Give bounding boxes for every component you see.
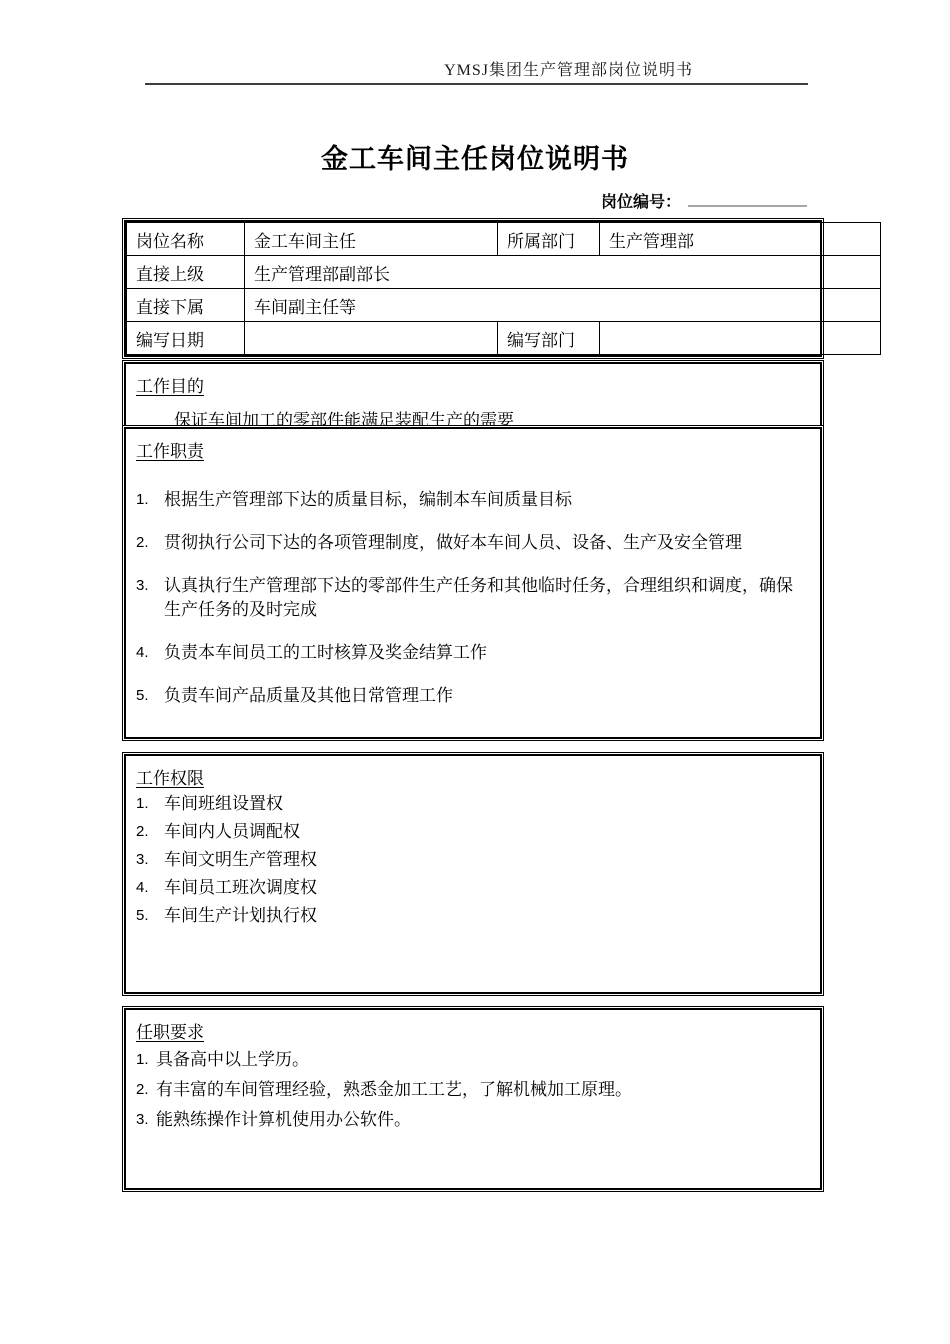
field-label-direct-superior: 直接上级 [127,256,245,289]
section-heading-job-requirements: 任职要求 [136,1018,808,1043]
list-item-text: 车间员工班次调度权 [164,878,317,897]
list-item: 4. 车间员工班次调度权 [136,878,808,897]
info-table: 岗位名称 金工车间主任 所属部门 生产管理部 直接上级 生产管理部副部长 直接下… [126,222,881,355]
list-item-text: 根据生产管理部下达的质量目标，编制本车间质量目标 [164,488,572,512]
list-item: 3. 认真执行生产管理部下达的零部件生产任务和其他临时任务，合理组织和调度，确保… [136,574,808,622]
table-row: 直接上级 生产管理部副部长 [127,256,881,289]
list-item-text: 贯彻执行公司下达的各项管理制度，做好本车间人员、设备、生产及安全管理 [164,531,742,555]
position-code-blank-line [688,191,807,207]
list-item-number: 1. [136,1050,156,1070]
list-item-text: 有丰富的车间管理经验，熟悉金加工工艺，了解机械加工原理。 [156,1080,632,1100]
position-code-row: 岗位编号： [601,189,807,212]
table-row: 编写日期 编写部门 [127,322,881,355]
doc-header-text: YMSJ集团生产管理部岗位说明书 [444,57,693,80]
list-item-number: 2. [136,531,164,555]
list-item: 3. 能熟练操作计算机使用办公软件。 [136,1110,808,1130]
document-page: YMSJ集团生产管理部岗位说明书 金工车间主任岗位说明书 岗位编号： 岗位名称 … [0,0,950,1344]
list-item-text: 车间生产计划执行权 [164,906,317,925]
field-value-direct-subordinates: 车间副主任等 [245,289,881,322]
list-item: 5. 车间生产计划执行权 [136,906,808,925]
list-item: 4. 负责本车间员工的工时核算及奖金结算工作 [136,641,808,665]
field-label-direct-subordinates: 直接下属 [127,289,245,322]
list-item-number: 1. [136,488,164,512]
field-value-direct-superior: 生产管理部副部长 [245,256,881,289]
list-item: 5. 负责车间产品质量及其他日常管理工作 [136,684,808,708]
section-work-authority: 工作权限 1. 车间班组设置权 2. 车间内人员调配权 3. 车 [122,752,824,996]
section-job-requirements: 任职要求 1. 具备高中以上学历。 2. 有丰富的车间管理经验，熟悉金加工工艺，… [122,1006,824,1192]
field-label-written-date: 编写日期 [127,322,245,355]
list-item-number: 5. [136,906,164,925]
list-item-text: 负责车间产品质量及其他日常管理工作 [164,684,453,708]
header-divider [145,83,808,85]
list-item-number: 5. [136,684,164,708]
list-item: 1. 根据生产管理部下达的质量目标，编制本车间质量目标 [136,488,808,512]
table-row: 直接下属 车间副主任等 [127,289,881,322]
section-work-duties: 工作职责 1. 根据生产管理部下达的质量目标，编制本车间质量目标 2. 贯彻执行… [122,425,824,741]
info-table-box: 岗位名称 金工车间主任 所属部门 生产管理部 直接上级 生产管理部副部长 直接下… [122,218,824,359]
list-item-number: 4. [136,641,164,665]
list-item-number: 3. [136,574,164,622]
list-item-text: 负责本车间员工的工时核算及奖金结算工作 [164,641,487,665]
field-value-position-name: 金工车间主任 [245,223,498,256]
doc-title: 金工车间主任岗位说明书 [0,137,950,176]
list-item: 2. 有丰富的车间管理经验，熟悉金加工工艺，了解机械加工原理。 [136,1080,808,1100]
list-item-number: 2. [136,1080,156,1100]
position-code-label: 岗位编号： [601,194,681,211]
work-duties-list: 1. 根据生产管理部下达的质量目标，编制本车间质量目标 2. 贯彻执行公司下达的… [136,488,808,708]
job-requirements-list: 1. 具备高中以上学历。 2. 有丰富的车间管理经验，熟悉金加工工艺，了解机械加… [136,1050,808,1130]
list-item: 1. 具备高中以上学历。 [136,1050,808,1070]
list-item: 2. 车间内人员调配权 [136,822,808,841]
list-item: 2. 贯彻执行公司下达的各项管理制度，做好本车间人员、设备、生产及安全管理 [136,531,808,555]
work-authority-list: 1. 车间班组设置权 2. 车间内人员调配权 3. 车间文明生产管理权 [136,794,808,925]
list-item-text: 车间内人员调配权 [164,822,300,841]
list-item-number: 3. [136,1110,156,1130]
field-value-department: 生产管理部 [600,223,881,256]
list-item-text: 车间班组设置权 [164,794,283,813]
field-label-department: 所属部门 [498,223,600,256]
list-item-number: 4. [136,878,164,897]
field-value-writing-department [600,322,881,355]
field-label-writing-department: 编写部门 [498,322,600,355]
table-row: 岗位名称 金工车间主任 所属部门 生产管理部 [127,223,881,256]
list-item-text: 能熟练操作计算机使用办公软件。 [156,1110,411,1130]
list-item-number: 2. [136,822,164,841]
section-heading-work-purpose: 工作目的 [136,372,808,397]
list-item: 3. 车间文明生产管理权 [136,850,808,869]
list-item-number: 1. [136,794,164,813]
field-value-written-date [245,322,498,355]
list-item-text: 具备高中以上学历。 [156,1050,309,1070]
list-item-text: 认真执行生产管理部下达的零部件生产任务和其他临时任务，合理组织和调度，确保生产任… [164,574,808,622]
field-label-position-name: 岗位名称 [127,223,245,256]
section-heading-work-duties: 工作职责 [136,437,808,462]
list-item: 1. 车间班组设置权 [136,794,808,813]
section-heading-work-authority: 工作权限 [136,764,808,789]
list-item-text: 车间文明生产管理权 [164,850,317,869]
list-item-number: 3. [136,850,164,869]
